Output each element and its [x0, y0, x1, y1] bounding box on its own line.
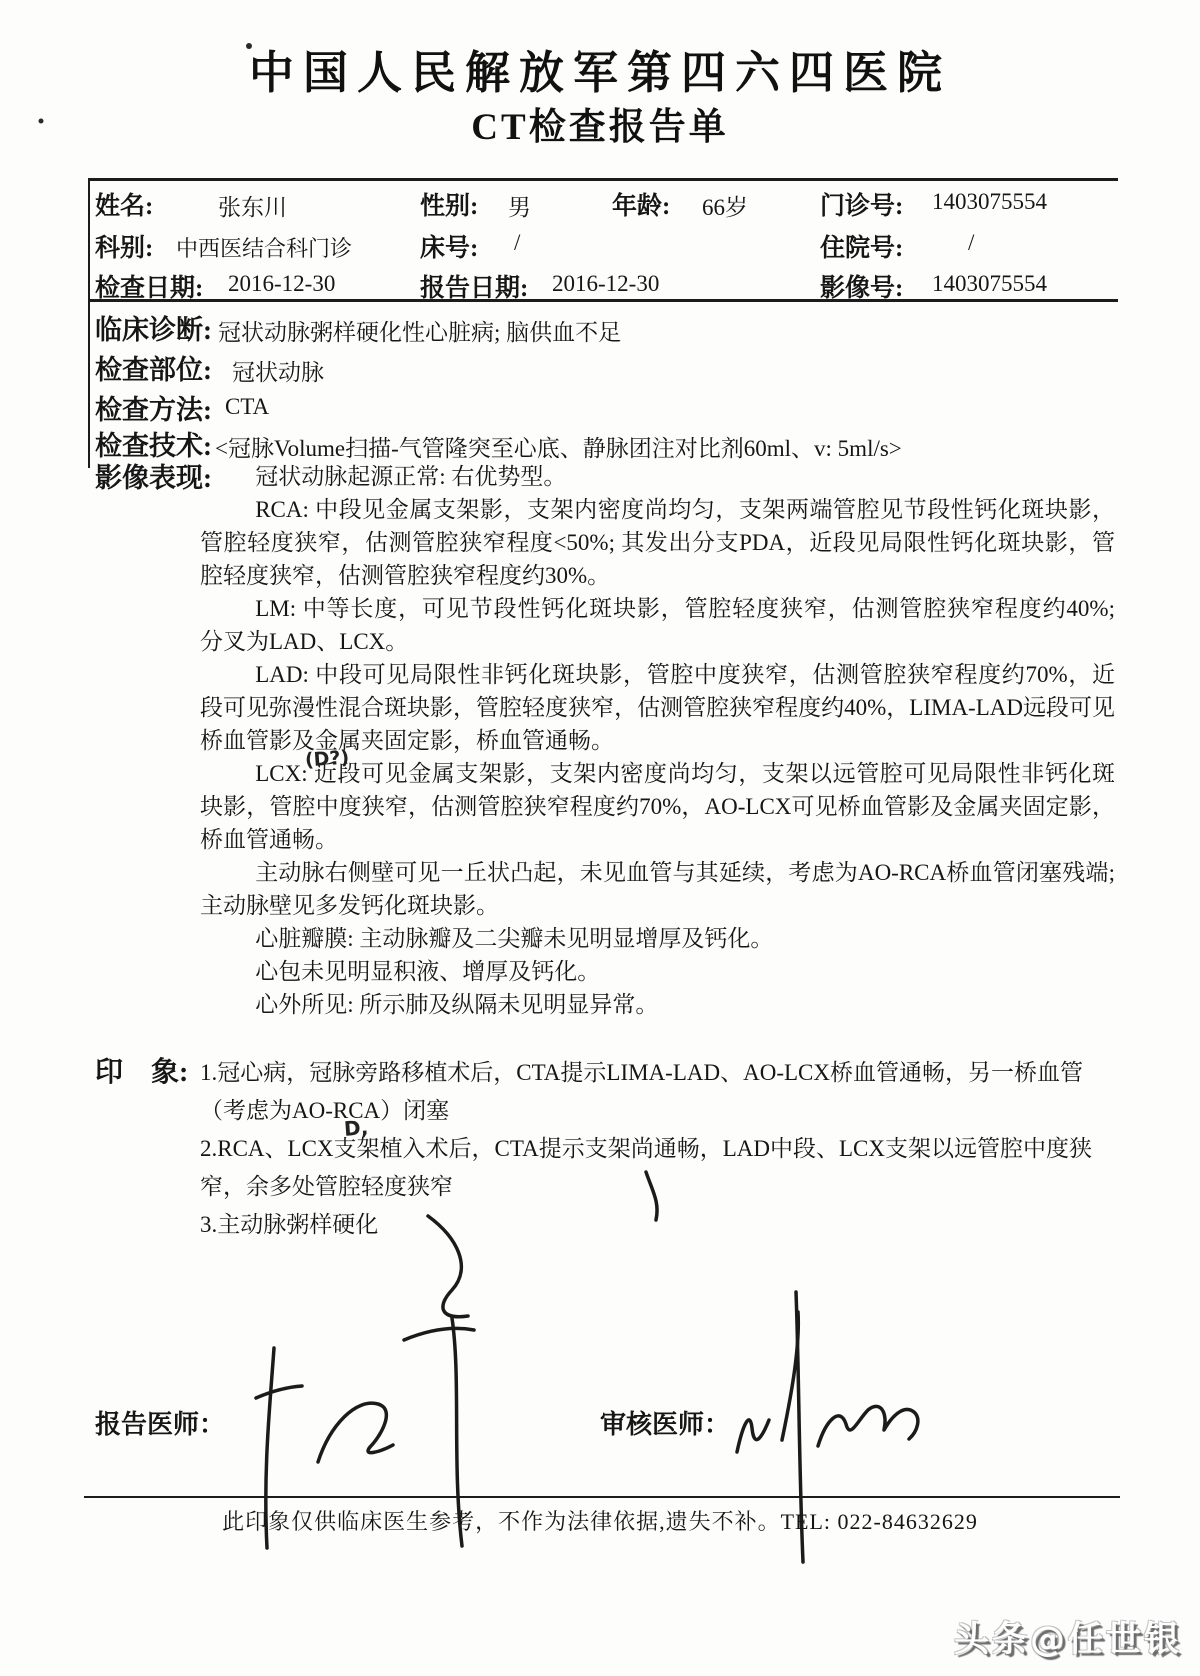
clinical-diagnosis-value: 冠状动脉粥样硬化性心脏病; 脑供血不足 [218, 314, 621, 347]
inpatient-no-label: 住院号: [820, 228, 903, 264]
image-no-label: 影像号: [820, 268, 903, 304]
finding-paragraph: RCA: 中段见金属支架影，支架内密度尚均匀，支架两端管腔见节段性钙化斑块影，管… [200, 493, 1115, 592]
report-title: CT检查报告单 [0, 96, 1200, 150]
exam-site-value: 冠状动脉 [232, 354, 324, 387]
footer-rule [84, 1496, 1120, 1498]
footer-disclaimer: 此印象仅供临床医生参考，不作为法律依据,遗失不补。TEL: 022-846326… [0, 1505, 1200, 1536]
exam-site-label: 检查部位: [95, 348, 212, 387]
inpatient-no-value: / [968, 230, 974, 256]
impression-item: 1.冠心病，冠脉旁路移植术后，CTA提示LIMA-LAD、AO-LCX桥血管通畅… [200, 1054, 1100, 1130]
table-mid-rule [88, 299, 1118, 302]
report-date-label: 报告日期: [420, 268, 528, 304]
finding-paragraph: 心包未见明显积液、增厚及钙化。 [200, 955, 1115, 988]
image-no-value: 1403075554 [932, 271, 1047, 297]
gender-value: 男 [508, 189, 531, 222]
gender-label: 性别: [420, 186, 478, 222]
impression-body: 1.冠心病，冠脉旁路移植术后，CTA提示LIMA-LAD、AO-LCX桥血管通畅… [200, 1054, 1100, 1244]
impression-item: 3.主动脉粥样硬化 [200, 1206, 1100, 1244]
exam-date-value: 2016-12-30 [228, 271, 335, 297]
age-label: 年龄: [612, 186, 670, 222]
name-label: 姓名: [95, 186, 153, 222]
exam-date-label: 检查日期: [95, 268, 203, 304]
impression-label: 印 象: [95, 1050, 188, 1090]
impression-item: 2.RCA、LCX支架植入术后，CTA提示支架尚通畅，LAD中段、LCX支架以远… [200, 1130, 1100, 1206]
findings-body: 冠状动脉起源正常: 右优势型。 RCA: 中段见金属支架影，支架内密度尚均匀，支… [200, 460, 1115, 1021]
department-label: 科别: [95, 228, 153, 264]
outpatient-no-value: 1403075554 [932, 189, 1047, 215]
reviewing-physician-label: 审核医师： [600, 1404, 730, 1441]
handwritten-lcx-note: (D?) [304, 746, 350, 771]
outpatient-no-label: 门诊号: [820, 186, 903, 222]
bed-no-label: 床号: [420, 228, 478, 264]
finding-paragraph: 心脏瓣膜: 主动脉瓣及二尖瓣未见明显增厚及钙化。 [200, 922, 1115, 955]
table-left-rule [88, 178, 90, 468]
finding-paragraph: LM: 中等长度，可见节段性钙化斑块影，管腔轻度狭窄，估测管腔狭窄程度约40%;… [200, 592, 1115, 658]
exam-technique-value: <冠脉Volume扫描-气管隆突至心底、静脉团注对比剂60ml、v: 5ml/s… [215, 430, 902, 463]
watermark: 头条@任世银 [954, 1612, 1182, 1662]
finding-paragraph: 冠状动脉起源正常: 右优势型。 [200, 460, 1115, 493]
ct-report-page: 中国人民解放军第四六四医院 CT检查报告单 姓名: 张东川 性别: 男 年龄: … [0, 0, 1200, 1676]
finding-paragraph: 主动脉右侧壁可见一丘状凸起，未见血管与其延续，考虑为AO-RCA桥血管闭塞残端;… [200, 856, 1115, 922]
report-date-value: 2016-12-30 [552, 271, 659, 297]
bed-no-value: / [514, 230, 520, 256]
findings-label: 影像表现: [95, 456, 212, 495]
exam-method-value: CTA [225, 394, 269, 420]
finding-paragraph: LAD: 中段可见局限性非钙化斑块影，管腔中度狭窄，估测管腔狭窄程度约70%，近… [200, 658, 1115, 757]
finding-paragraph: LCX: 近段可见金属支架影，支架内密度尚均匀，支架以远管腔可见局限性非钙化斑块… [200, 757, 1115, 856]
finding-paragraph: 心外所见: 所示肺及纵隔未见明显异常。 [200, 988, 1115, 1021]
table-top-rule [88, 178, 1118, 181]
age-value: 66岁 [702, 189, 748, 222]
hospital-name: 中国人民解放军第四六四医院 [0, 36, 1200, 101]
name-value: 张东川 [218, 189, 287, 222]
department-value: 中西医结合科门诊 [176, 232, 352, 263]
reporting-physician-signature [256, 1216, 474, 1548]
clinical-diagnosis-label: 临床诊断: [95, 308, 212, 347]
exam-method-label: 检查方法: [95, 388, 212, 427]
reporting-physician-label: 报告医师： [95, 1404, 225, 1441]
